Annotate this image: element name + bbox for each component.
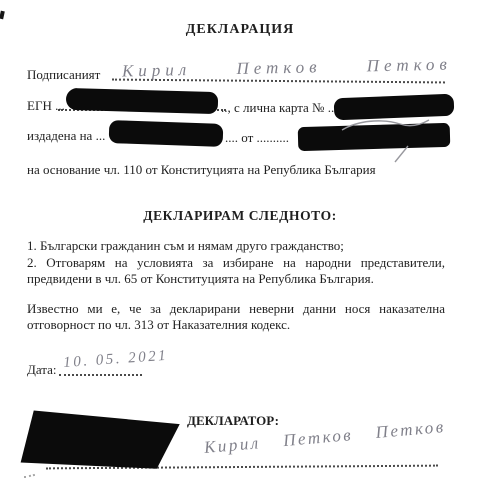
scan-speck-bottom-left (24, 474, 35, 478)
dotted-line-date (59, 374, 142, 376)
egn-redaction (66, 88, 219, 114)
declaration-document: ДЕКЛАРАЦИЯ Подписаният Кирил Петков Петк… (0, 0, 480, 497)
issued-date-redaction (109, 120, 224, 147)
issued-on-label: издадена на ... (27, 128, 105, 144)
document-title: ДЕКЛАРАЦИЯ (0, 22, 480, 38)
declaration-item-1: 1. Български гражданин съм и нямам друго… (27, 238, 344, 254)
handwritten-name: Кирил Петков Петков (122, 55, 452, 82)
date-label: Дата: (27, 362, 57, 378)
scan-speck-top-left (0, 11, 5, 20)
id-card-label: .., с лична карта № ... (221, 100, 337, 116)
stray-pen-stroke (336, 112, 436, 164)
issued-from-label: .... от .......... (225, 130, 289, 146)
liability-line1: Известно ми е, че за декларирани неверни… (27, 301, 445, 317)
legal-basis-text: на основание чл. 110 от Конституцията на… (27, 162, 376, 178)
declaration-item-2-line1: 2. Отговарям на условията за избиране на… (27, 255, 445, 271)
handwritten-date: 10. 05. 2021 (63, 348, 169, 372)
egn-label: ЕГН ... (27, 98, 65, 114)
liability-line2: отговорност по чл. 313 от Наказателния к… (27, 317, 290, 333)
declaration-item-2-line2: предвидени в чл. 65 от Конституцията на … (27, 271, 374, 287)
signed-by-label: Подписаният (27, 67, 100, 83)
declarator-label: ДЕКЛАРАТОР: (187, 413, 279, 429)
declare-heading: ДЕКЛАРИРАМ СЛЕДНОТО: (0, 208, 480, 224)
bottom-left-redaction (19, 408, 183, 470)
